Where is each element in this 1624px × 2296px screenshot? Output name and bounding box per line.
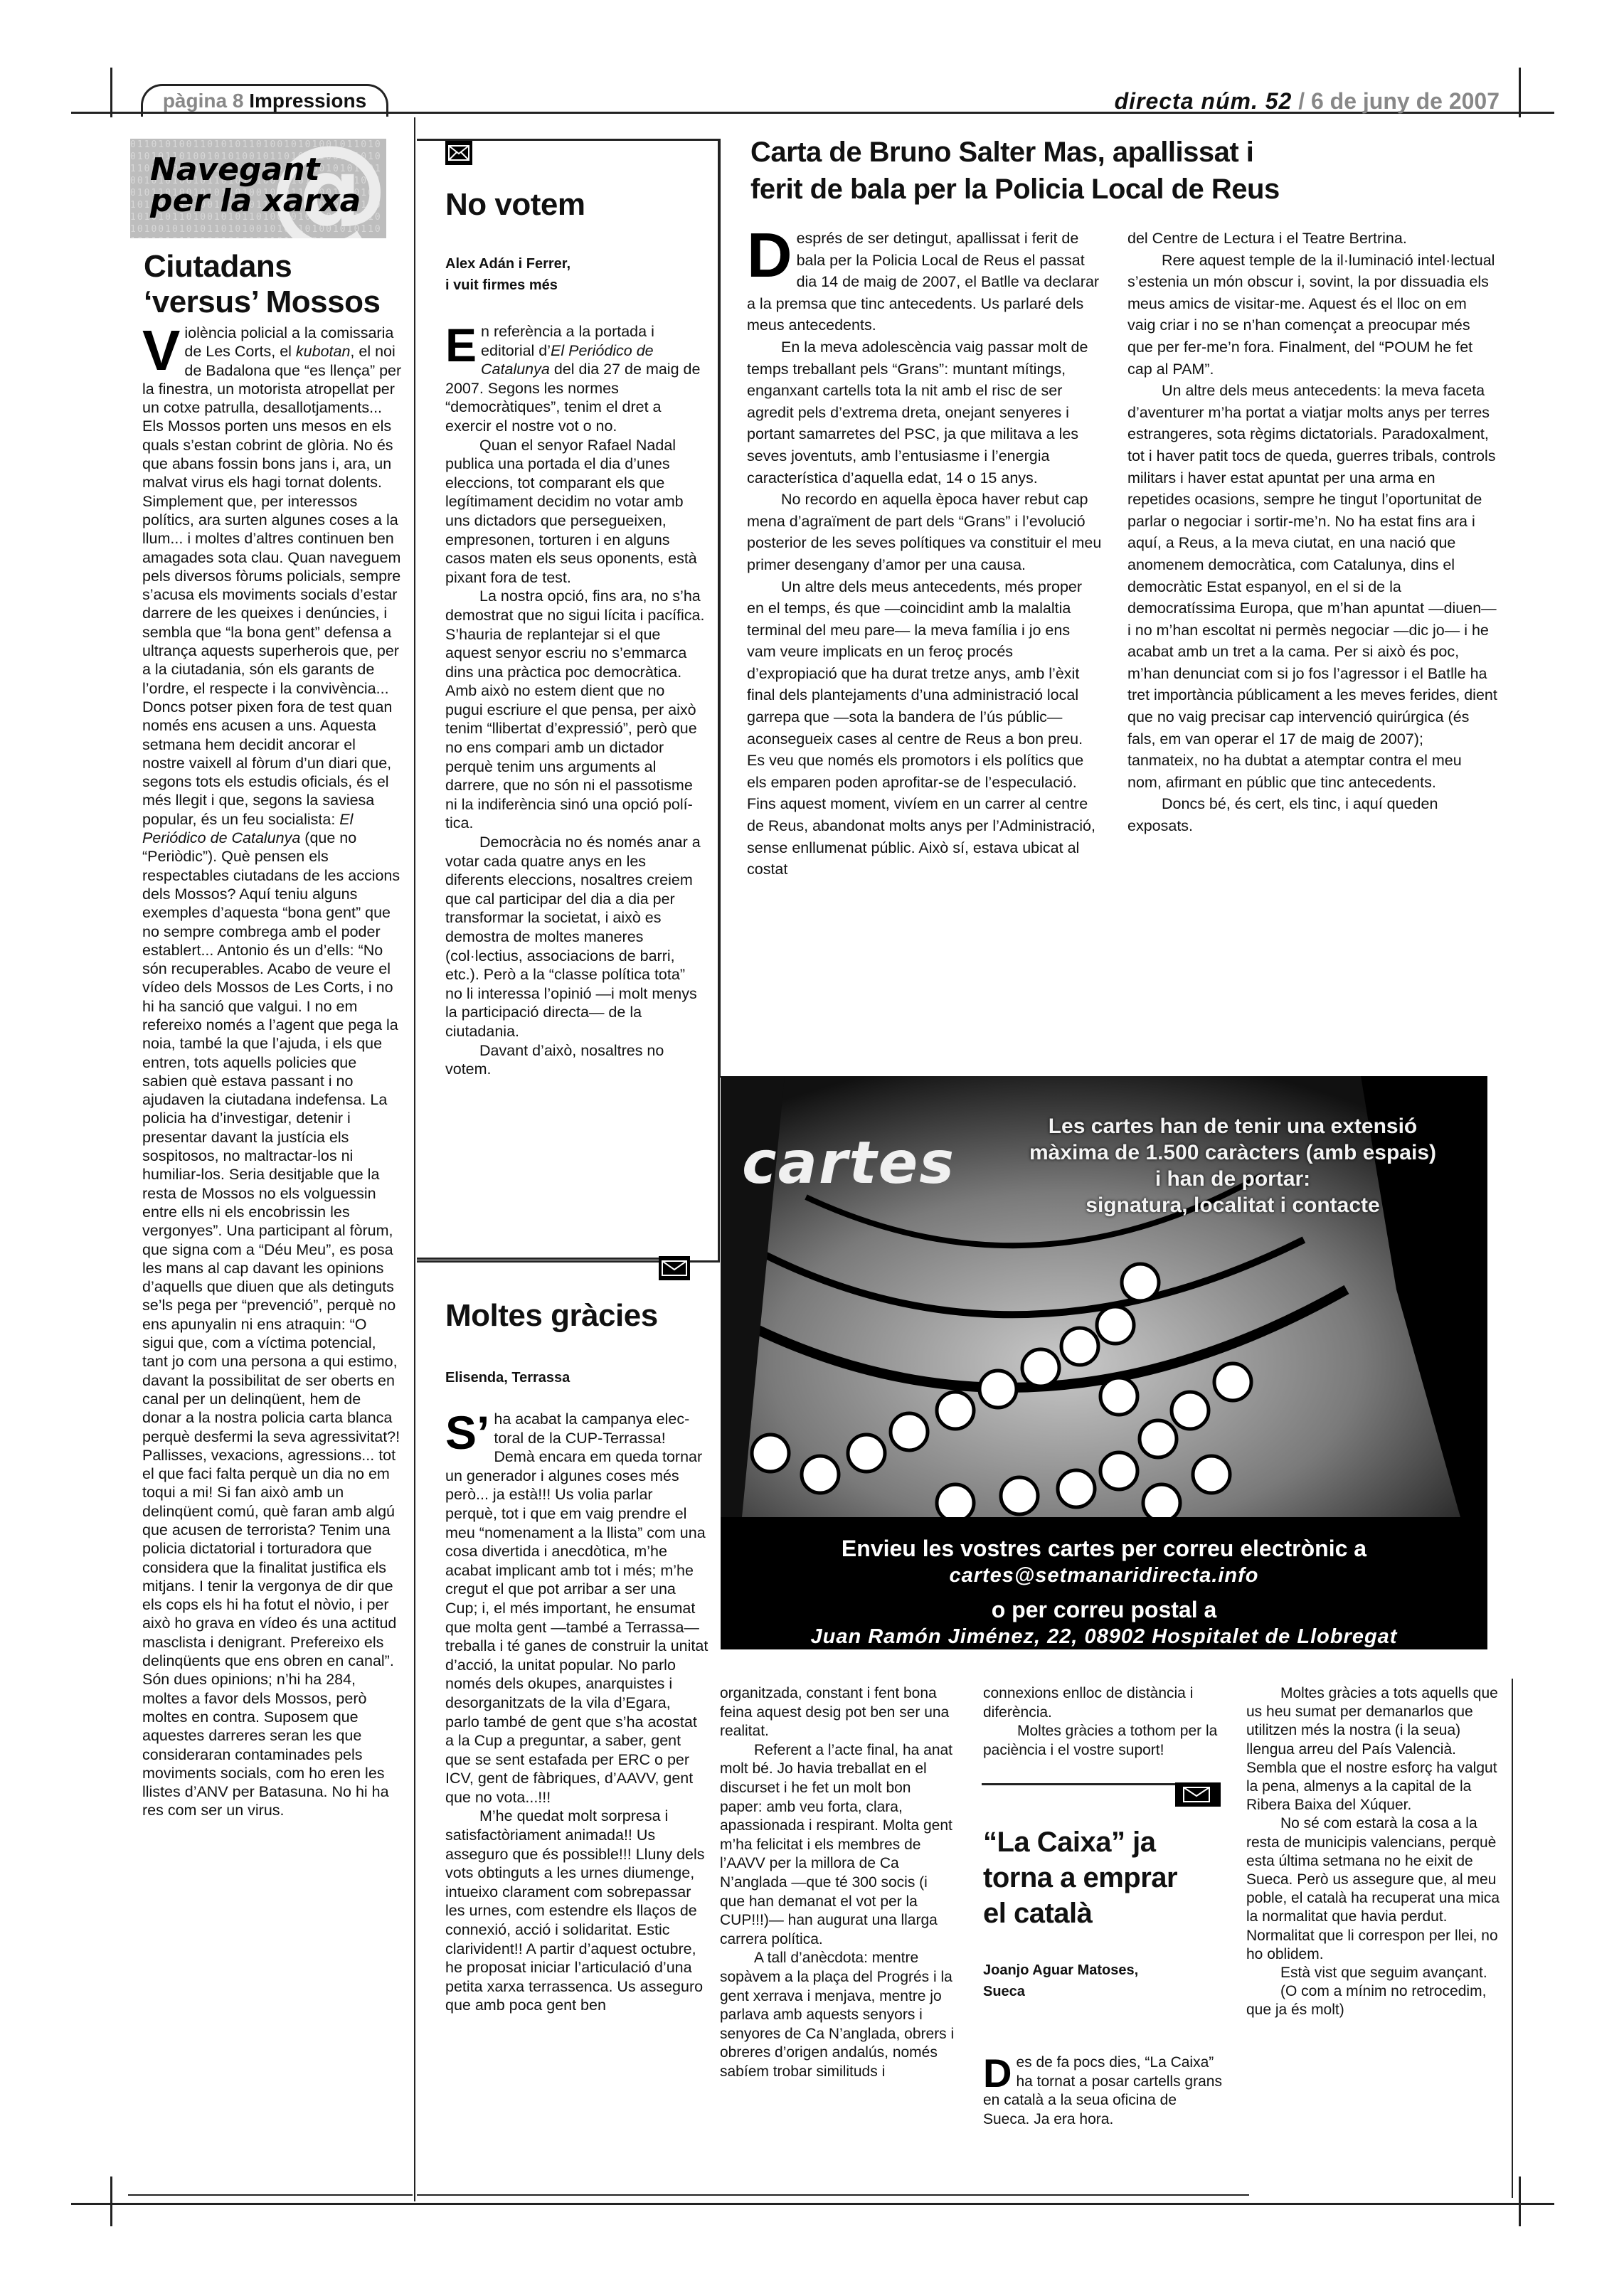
section-tab: pàgina 8 Impressions (141, 84, 388, 117)
paragraph: Davant d’això, nosaltres no votem. (445, 1041, 705, 1079)
paragraph: Un altre dels meus antecedents, més prop… (747, 576, 1103, 881)
paragraph: Des de fa pocs dies, “La Caixa” ha torna… (983, 2053, 1225, 2129)
left-margin-rule-bottom (110, 2177, 112, 2226)
paragraph: Un altre dels meus antecedents: la meva … (1127, 380, 1497, 793)
cartes-info-box: cartes Les cartes han de tenir una exten… (721, 1076, 1487, 1649)
footer-rule (71, 2203, 1554, 2205)
drop-cap: D (983, 2058, 1012, 2090)
envelope-icon (1175, 1782, 1221, 1807)
right-margin-rule (1519, 68, 1521, 117)
article-moltes-gracies-col1: S’ha acabat la campanya elec­toral de la… (445, 1410, 708, 2015)
paragraph: Rere aquest temple de la il·luminació in… (1127, 250, 1497, 381)
article-moltes-gracies-col3: connexions enlloc de distància i diferèn… (983, 1684, 1225, 1760)
section-rule (982, 1783, 1175, 1785)
drop-cap: D (747, 230, 792, 280)
article-no-votem-body: En referència a la portada i editorial d… (445, 322, 705, 1079)
paragraph: connexions enlloc de distància i diferèn… (983, 1684, 1225, 1722)
issue-number: directa núm. 52 (1115, 88, 1293, 114)
paragraph: Està vist que seguim avançant. (1246, 1964, 1502, 1982)
envelope-icon (445, 141, 472, 165)
paragraph: Democràcia no és només anar a votar cada… (445, 833, 705, 1041)
paragraph: No sé com estarà la cosa a la resta de m… (1246, 1814, 1502, 1926)
banner-title: Navegant per la xarxa (150, 154, 361, 217)
paragraph: Quan el senyor Rafael Nadal publica una … (445, 436, 705, 588)
cartes-contact: Envieu les vostres cartes per correu ele… (721, 1523, 1487, 1649)
paragraph: En referència a la portada i editorial d… (445, 322, 705, 436)
drop-cap: V (142, 328, 180, 373)
paragraph: No recordo en aquella època haver rebut … (747, 489, 1103, 575)
right-column-rule (1512, 1679, 1513, 2198)
byline-no-votem: Alex Adán i Ferrer, i vuit firmes més (445, 253, 570, 296)
headline-ciutadans: Ciutadans ‘versus’ Mossos (144, 249, 380, 320)
paragraph: S’ha acabat la campanya elec­toral de la… (445, 1410, 708, 1807)
byline-moltes-gracies: Elisenda, Terrassa (445, 1367, 570, 1388)
section-name: Impressions (249, 90, 366, 112)
paragraph: (O com a mínim no retroce­dim, que ja és… (1246, 1982, 1502, 2019)
column-divider-1 (414, 117, 415, 2201)
article-la-caixa-col2: Moltes gràcies a tots aquells que us heu… (1246, 1684, 1502, 2020)
article-bruno-col2: del Centre de Lectura i el Teatre Bertri… (1127, 228, 1497, 837)
postal-address: Juan Ramón Jiménez, 22, 08902 Hospitalet… (721, 1624, 1487, 1649)
paragraph: del Centre de Lectura i el Teatre Bertri… (1127, 228, 1497, 250)
paragraph: Referent a l’acte final, ha anat molt bé… (720, 1741, 955, 1950)
article-end-rule (128, 2194, 413, 2196)
right-margin-rule-bottom (1519, 2177, 1521, 2226)
masthead: directa núm. 52 / 6 de juny de 2007 (1115, 87, 1500, 115)
cartes-rules: Les cartes han de tenir una extensió màx… (1005, 1113, 1460, 1218)
envelope-icon (659, 1256, 690, 1280)
navegant-banner: 0110101001101010110100101010010110100101… (130, 139, 386, 238)
headline-bruno: Carta de Bruno Salter Mas, apallissat i … (750, 134, 1497, 208)
article-end-rule (417, 2194, 1249, 2196)
paragraph: Moltes gràcies a tots aquells que us heu… (1246, 1684, 1502, 1814)
headline-moltes-gracies: Moltes gràcies (445, 1296, 658, 1336)
headline-la-caixa: “La Caixa” ja torna a emprar el català (983, 1824, 1177, 1931)
paragraph: organitzada, constant i fent bona feina … (720, 1684, 955, 1741)
paragraph: Violència policial a la comissa­ria de L… (142, 324, 402, 1820)
left-margin-rule (110, 68, 112, 117)
byline-la-caixa: Joanjo Aguar Matoses, Sueca (983, 1960, 1138, 2002)
paragraph: Doncs bé, és cert, els tinc, i aquí qued… (1127, 793, 1497, 836)
headline-no-votem: No votem (445, 185, 585, 225)
paragraph: A tall d’anècdota: mentre sopàvem a la p… (720, 1949, 955, 2081)
page-number: pàgina 8 (163, 90, 244, 112)
cartes-email-link[interactable]: cartes@setmanaridirecta.info (721, 1563, 1487, 1588)
paragraph: Normalitat que li correspon per llei, no… (1246, 1927, 1502, 1964)
article-moltes-gracies-col2: organitzada, constant i fent bona feina … (720, 1684, 955, 2081)
paragraph: En la meva adolescència vaig passar molt… (747, 336, 1103, 489)
drop-cap: E (445, 326, 477, 364)
section-rule (417, 1258, 659, 1260)
paragraph: M’he quedat molt sorpresa i satisfactòri… (445, 1807, 708, 2015)
article-ciutadans-body: Violència policial a la comissa­ria de L… (142, 324, 402, 1820)
paragraph: Moltes gràcies a tothom per la paciència… (983, 1722, 1225, 1760)
article-la-caixa-col1: Des de fa pocs dies, “La Caixa” ha torna… (983, 2053, 1225, 2129)
paragraph: Després de ser detingut, apallissat i fe… (747, 228, 1103, 336)
cartes-title: cartes (742, 1130, 955, 1197)
drop-cap: S’ (445, 1414, 489, 1452)
paragraph: La nostra opció, fins ara, no s’ha demos… (445, 587, 705, 833)
issue-date: / 6 de juny de 2007 (1292, 88, 1500, 114)
article-bruno-col1: Després de ser detingut, apallissat i fe… (747, 228, 1103, 881)
